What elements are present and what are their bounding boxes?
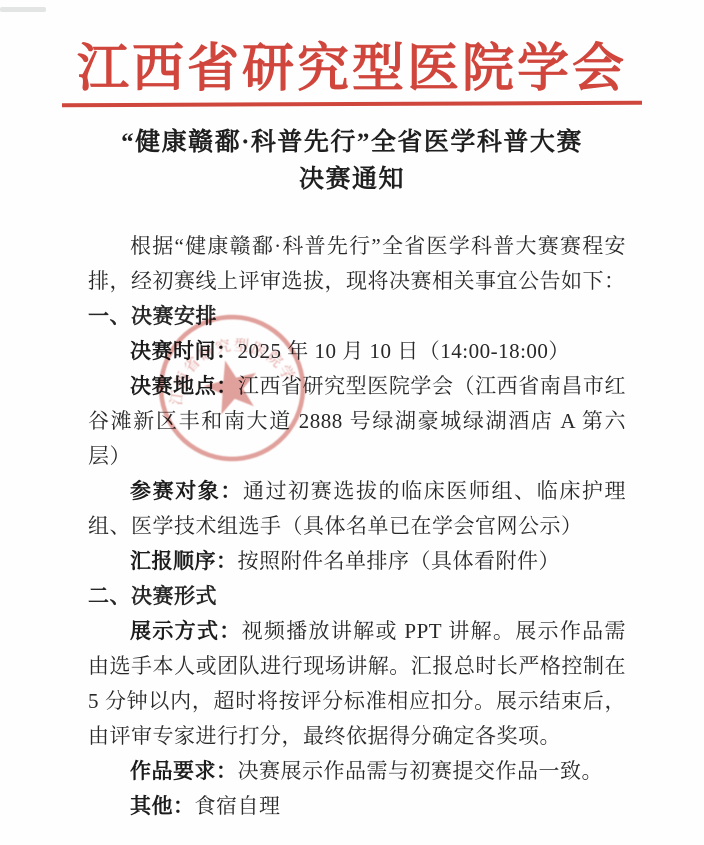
field-other: 其他：食宿自理: [88, 789, 626, 824]
field-report-order-value: 按照附件名单排序（具体看附件）: [238, 549, 561, 573]
field-participants-label: 参赛对象：: [130, 479, 243, 503]
field-final-venue-label: 决赛地点：: [130, 374, 238, 398]
field-final-venue: 决赛地点：江西省研究型医院学会（江西省南昌市红谷滩新区丰和南大道 2888 号绿…: [88, 369, 626, 474]
field-other-label: 其他：: [130, 794, 195, 818]
field-final-time-label: 决赛时间：: [130, 339, 238, 363]
doc-title-line1: “健康赣鄱·科普先行”全省医学科普大赛: [0, 124, 704, 161]
field-work-requirement-label: 作品要求：: [130, 759, 238, 783]
section1-heading: 一、决赛安排: [88, 299, 626, 334]
doc-title-line2: 决赛通知: [0, 161, 704, 198]
document-page: 江西省研究型医院学会 “健康赣鄱·科普先行”全省医学科普大赛 决赛通知 根据“健…: [0, 0, 704, 845]
doc-title: “健康赣鄱·科普先行”全省医学科普大赛 决赛通知: [0, 124, 704, 198]
doc-body: 根据“健康赣鄱·科普先行”全省医学科普大赛赛程安排，经初赛线上评审选拔，现将决赛…: [88, 229, 626, 824]
field-other-value: 食宿自理: [195, 794, 281, 818]
field-report-order: 汇报顺序：按照附件名单排序（具体看附件）: [88, 544, 626, 579]
field-participants: 参赛对象：通过初赛选拔的临床医师组、临床护理组、医学技术组选手（具体名单已在学会…: [88, 474, 626, 544]
field-report-order-label: 汇报顺序：: [130, 549, 238, 573]
letterhead-rule: [62, 101, 642, 108]
field-work-requirement-value: 决赛展示作品需与初赛提交作品一致。: [238, 759, 604, 783]
intro-paragraph: 根据“健康赣鄱·科普先行”全省医学科普大赛赛程安排，经初赛线上评审选拔，现将决赛…: [88, 229, 626, 299]
scan-edge-artifact: [0, 7, 46, 12]
field-final-time-value: 2025 年 10 月 10 日（14:00-18:00）: [238, 339, 570, 363]
field-final-time: 决赛时间：2025 年 10 月 10 日（14:00-18:00）: [88, 334, 626, 369]
field-display-method-label: 展示方式：: [130, 619, 242, 643]
field-display-method: 展示方式：视频播放讲解或 PPT 讲解。展示作品需由选手本人或团队进行现场讲解。…: [88, 614, 626, 754]
letterhead-org-name: 江西省研究型医院学会: [0, 26, 704, 101]
field-work-requirement: 作品要求：决赛展示作品需与初赛提交作品一致。: [88, 754, 626, 789]
section2-heading: 二、决赛形式: [88, 579, 626, 614]
